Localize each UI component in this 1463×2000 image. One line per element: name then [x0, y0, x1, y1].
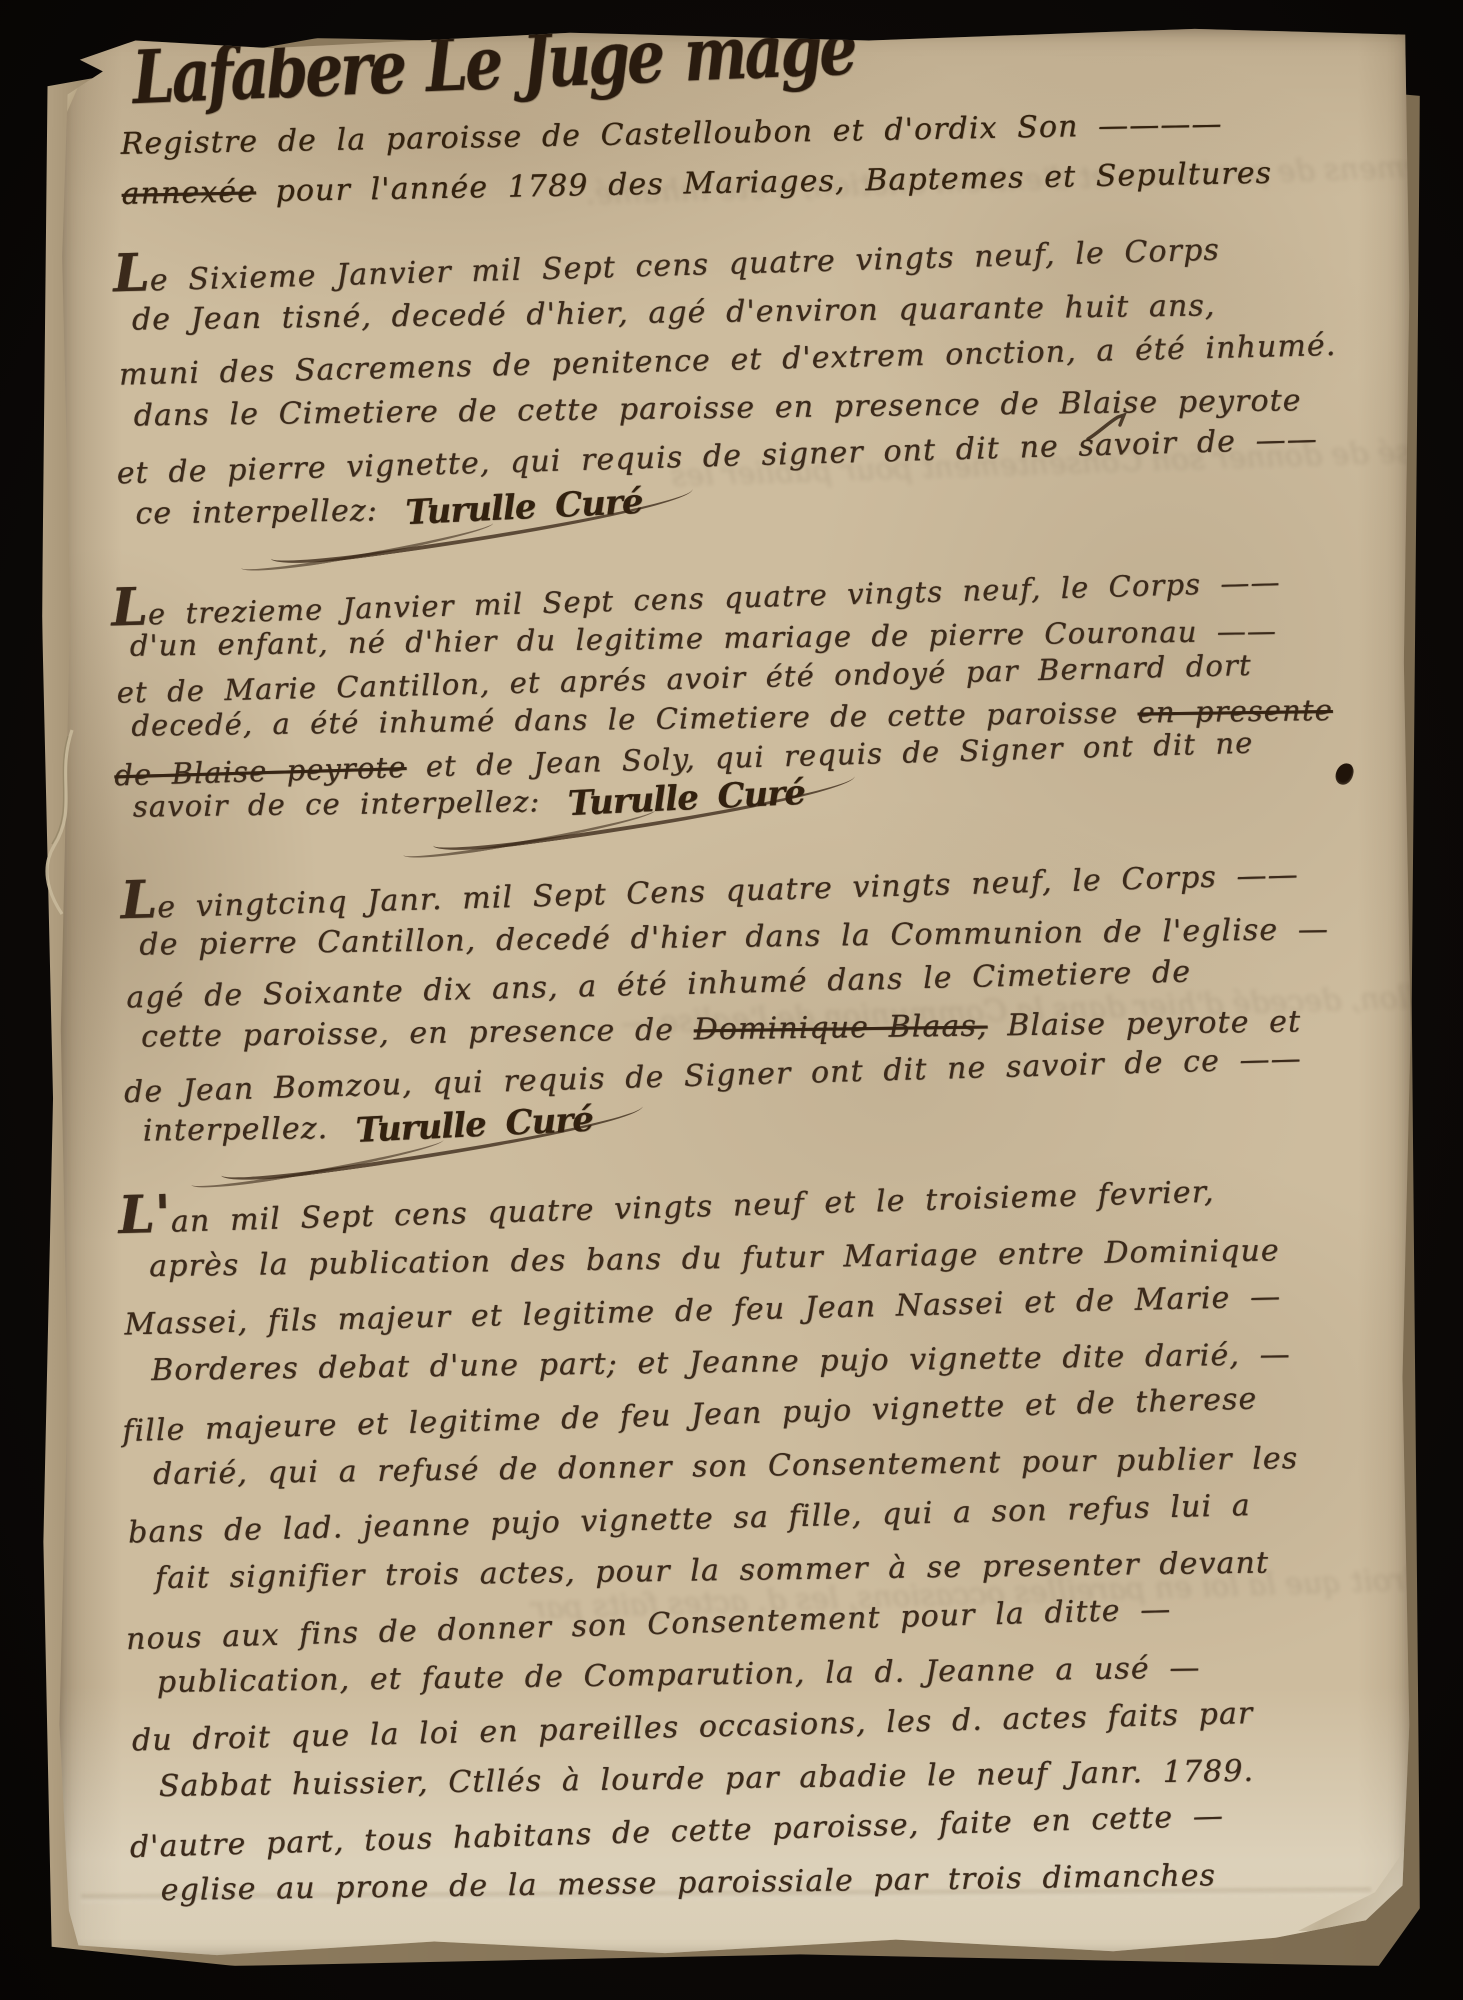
- struck-word: annexée: [121, 174, 256, 211]
- pen-stroke-icon: [1084, 413, 1130, 447]
- burial-entry-jean-tisne: Le Sixieme Janvier mil Sept cens quatre …: [117, 222, 1340, 542]
- manuscript-page: muni des Sacremens de penitence et d'ext…: [54, 25, 1412, 1957]
- photo-background: muni des Sacremens de penitence et d'ext…: [0, 0, 1463, 2000]
- cure-signature: Turulle Curé: [347, 1096, 602, 1154]
- cure-signature: Turulle Curé: [559, 772, 814, 824]
- marriage-banns-entry: L'an mil Sept cens quatre vingts neuf et…: [122, 1163, 1292, 1920]
- burial-entry-pierre-cantillon: Le vingtcinq Janr. mil Sept Cens quatre …: [124, 850, 1319, 1158]
- burial-entry-infant-couronau: Le trezieme Janvier mil Sept cens quatre…: [115, 560, 1321, 830]
- struck-word: Dominique Blaas,: [694, 1009, 988, 1048]
- register-title: Registre de la paroisse de Castelloubon …: [120, 99, 1272, 220]
- handwritten-content: muni des Sacremens de penitence et d'ext…: [83, 3, 1406, 1958]
- cure-signature: Turulle Curé: [397, 477, 652, 537]
- binding-thread-icon: [16, 728, 86, 918]
- magistrate-paraph: Lafabere Le Juge mage: [131, 7, 856, 122]
